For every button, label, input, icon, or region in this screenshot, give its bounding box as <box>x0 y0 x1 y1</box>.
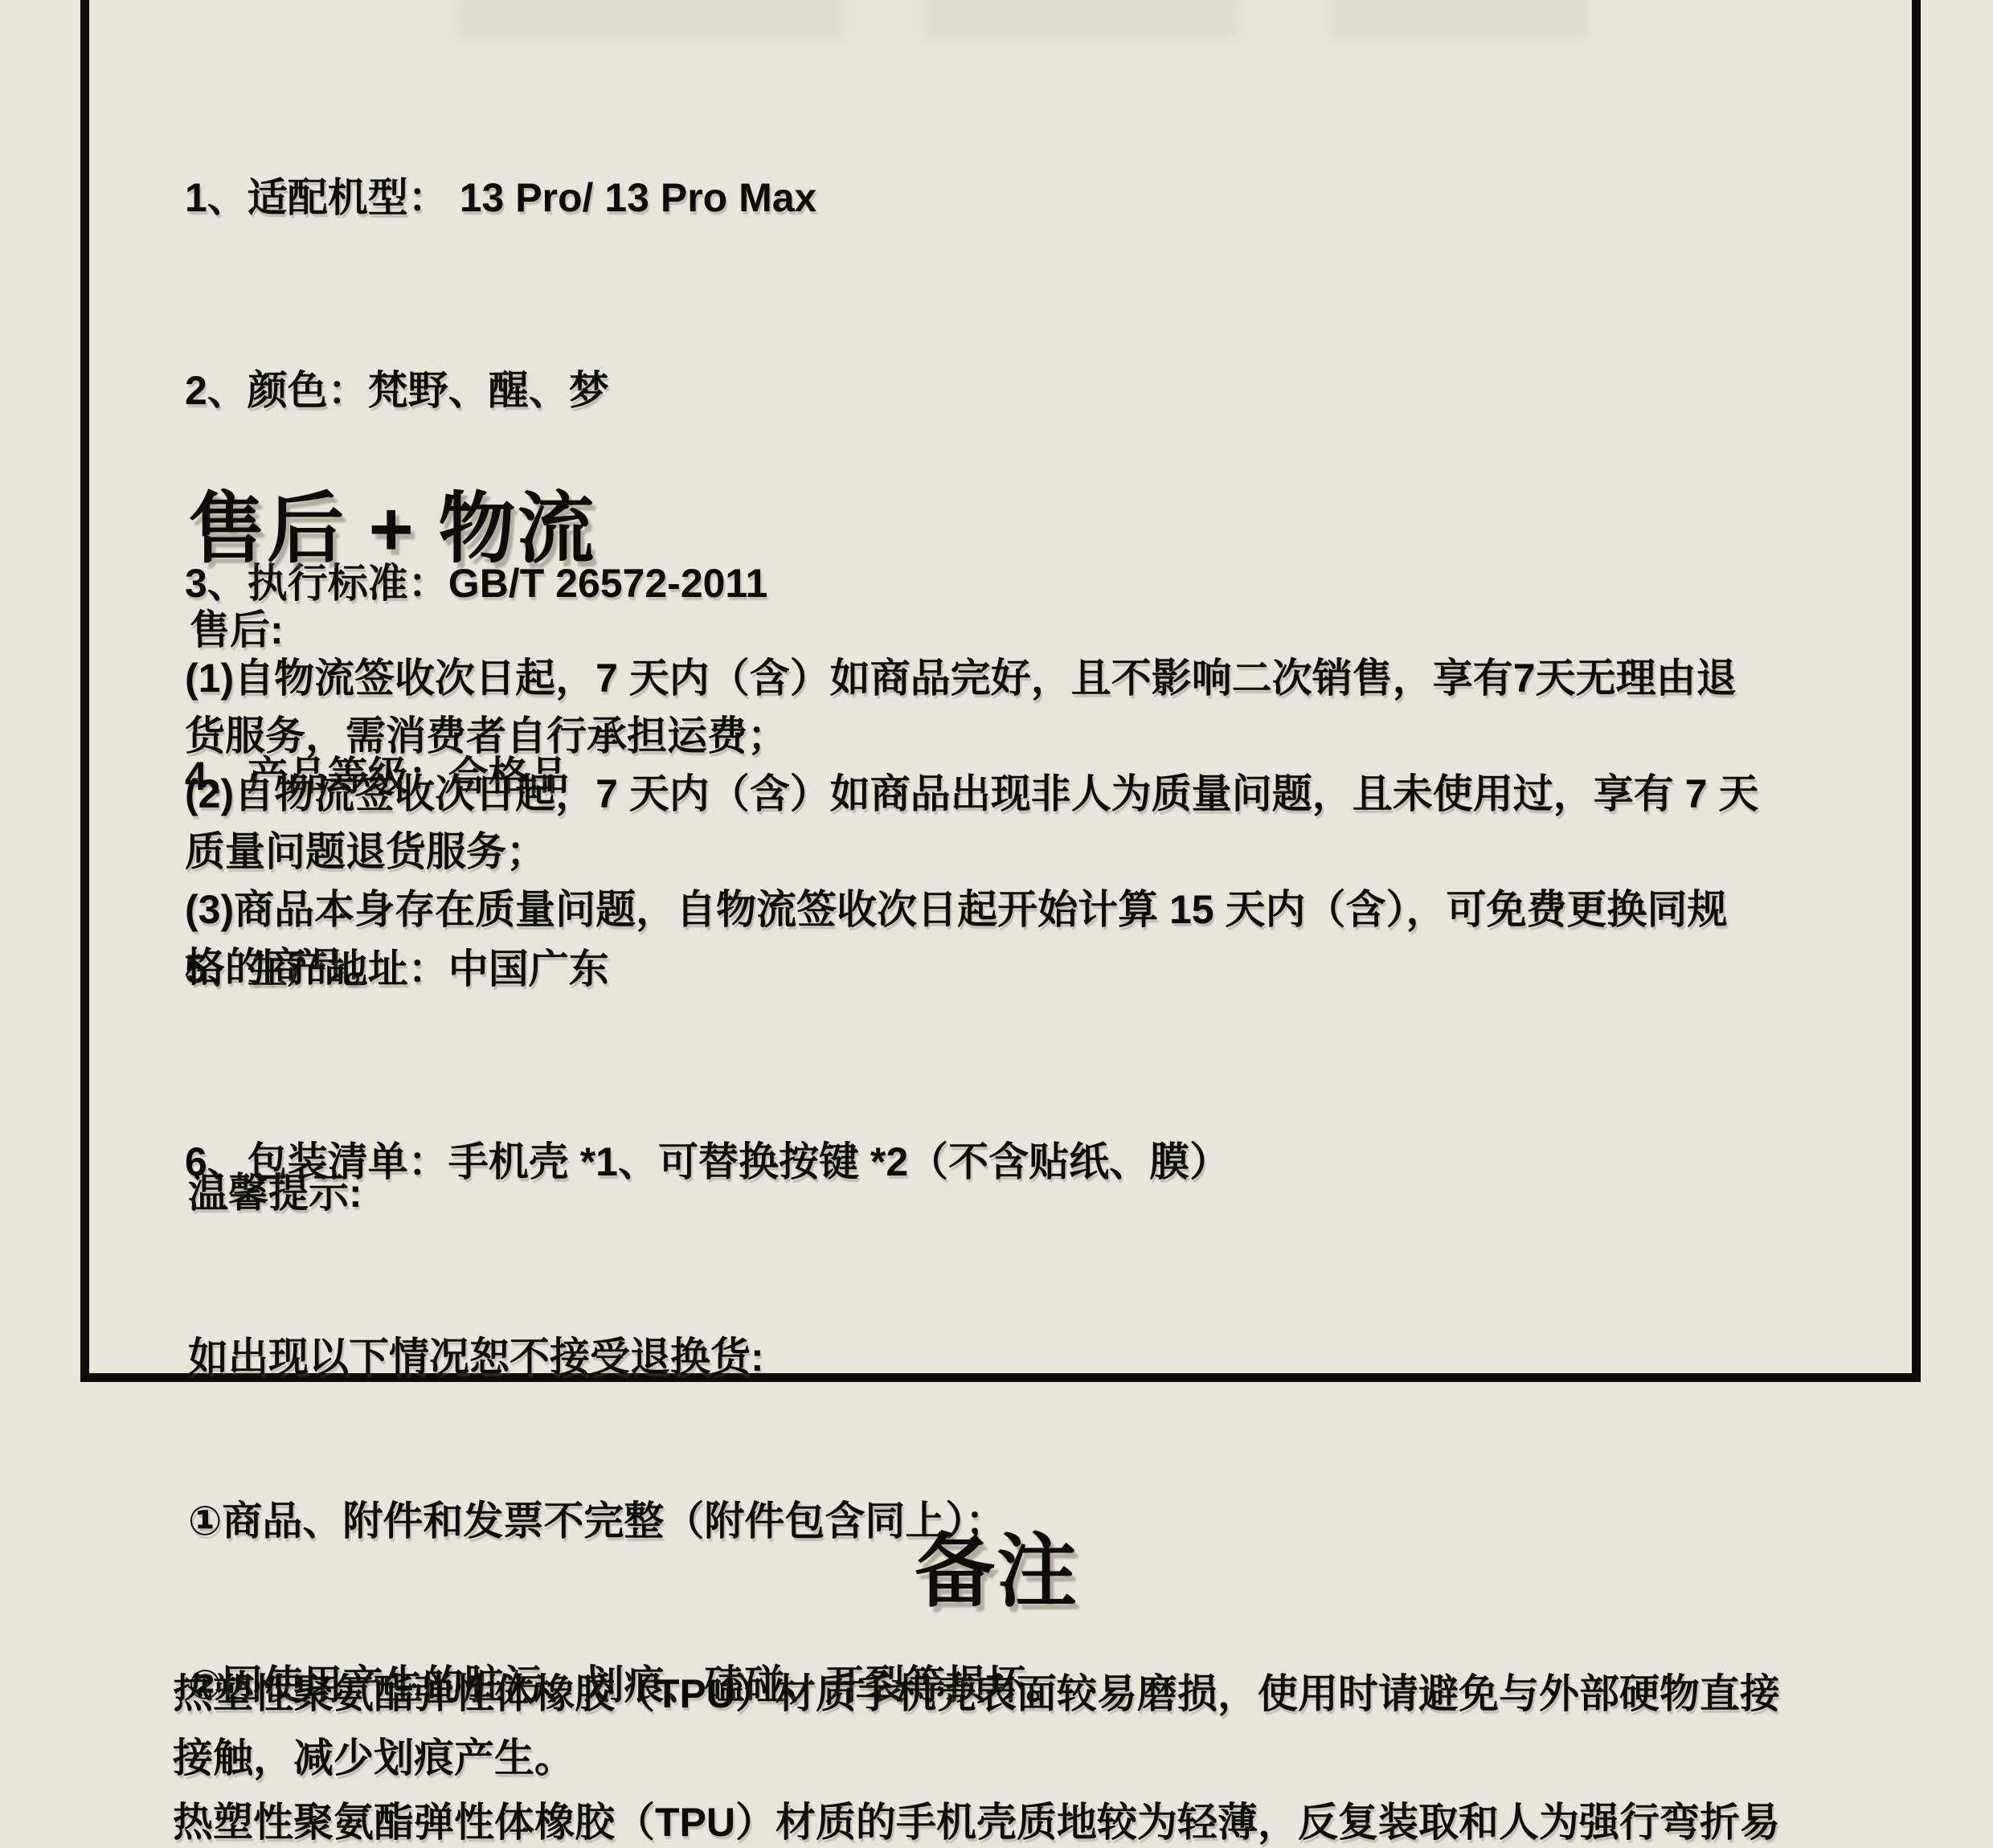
aftersales-policy-text: (1)自物流签收次日起，7 天内（含）如商品完好，且不影响二次销售，享有7天无理… <box>185 649 1758 996</box>
aftersales-logistics-heading: 售后 + 物流 <box>188 491 595 568</box>
notes-body-text: 热塑性聚氨酯弹性体橡胶（TPU）材质手机壳表面较易磨损，使用时请避免与外部硬物直… <box>173 1662 1780 1848</box>
aftersales-policy-label: 售后: <box>190 607 284 652</box>
spec-item-model: 1、适配机型： 13 Pro/ 13 Pro Max <box>185 166 1230 230</box>
warm-tips-intro: 如出现以下情况恕不接受退换货: <box>188 1330 1066 1384</box>
warm-tips-block: 温馨提示: 如出现以下情况恕不接受退换货: ①商品、附件和发票不完整（附件包含同… <box>188 1057 1066 1767</box>
spec-item-color: 2、颜色：梵野、醒、梦 <box>185 358 1230 423</box>
ghost-heading-artifact <box>924 0 1238 37</box>
warm-tips-label: 温馨提示: <box>188 1166 1066 1220</box>
ghost-heading-artifact <box>1330 0 1587 37</box>
notes-heading: 备注 <box>0 1531 1993 1612</box>
ghost-heading-artifact <box>458 0 844 37</box>
